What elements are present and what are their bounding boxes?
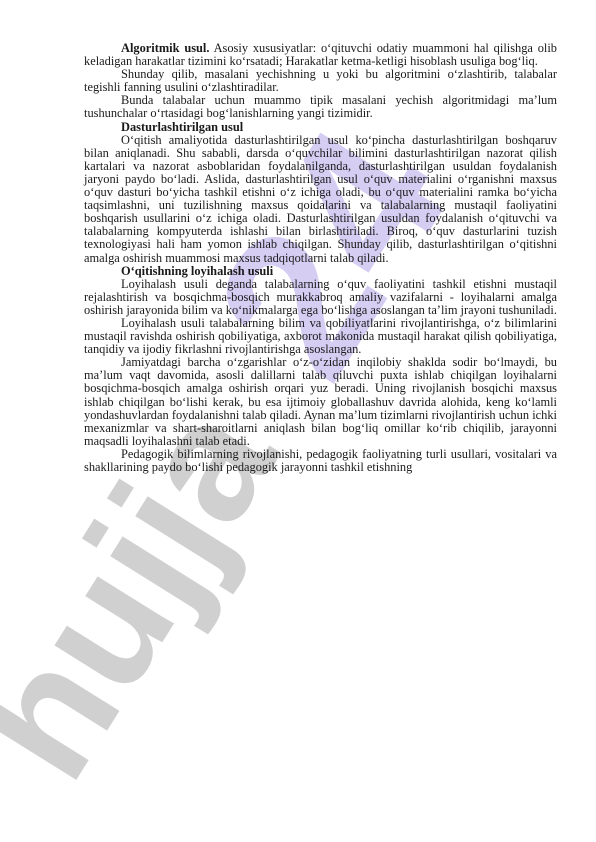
paragraph: Pedagogik bilimlarning rivojlanishi, ped… xyxy=(84,448,557,474)
document-body: Algoritmik usul. Asosiy xususiyatlar: o‘… xyxy=(84,42,557,474)
paragraph: Jamiyatdagi barcha o‘zgarishlar o‘z-o‘zi… xyxy=(84,356,557,448)
section-heading-dasturlashtirilgan-usul: Dasturlashtirilgan usul xyxy=(84,121,557,134)
document-page: hujja 24 Algoritmik usul. Asosiy xususiy… xyxy=(0,0,596,842)
paragraph: O‘qitish amaliyotida dasturlashtirilgan … xyxy=(84,134,557,265)
section-heading-loyihalash-usuli: O‘qitishning loyihalash usuli xyxy=(84,265,557,278)
paragraph-algoritmik-usul: Algoritmik usul. Asosiy xususiyatlar: o‘… xyxy=(84,42,557,68)
paragraph: Shunday qilib, masalani yechishning u yo… xyxy=(84,68,557,94)
paragraph: Bunda talabalar uchun muammo tipik masal… xyxy=(84,94,557,120)
paragraph: Loyihalash usuli deganda talabalarning o… xyxy=(84,278,557,317)
paragraph: Loyihalash usuli talabalarning bilim va … xyxy=(84,317,557,356)
term-algoritmik-usul: Algoritmik usul. xyxy=(121,41,209,55)
